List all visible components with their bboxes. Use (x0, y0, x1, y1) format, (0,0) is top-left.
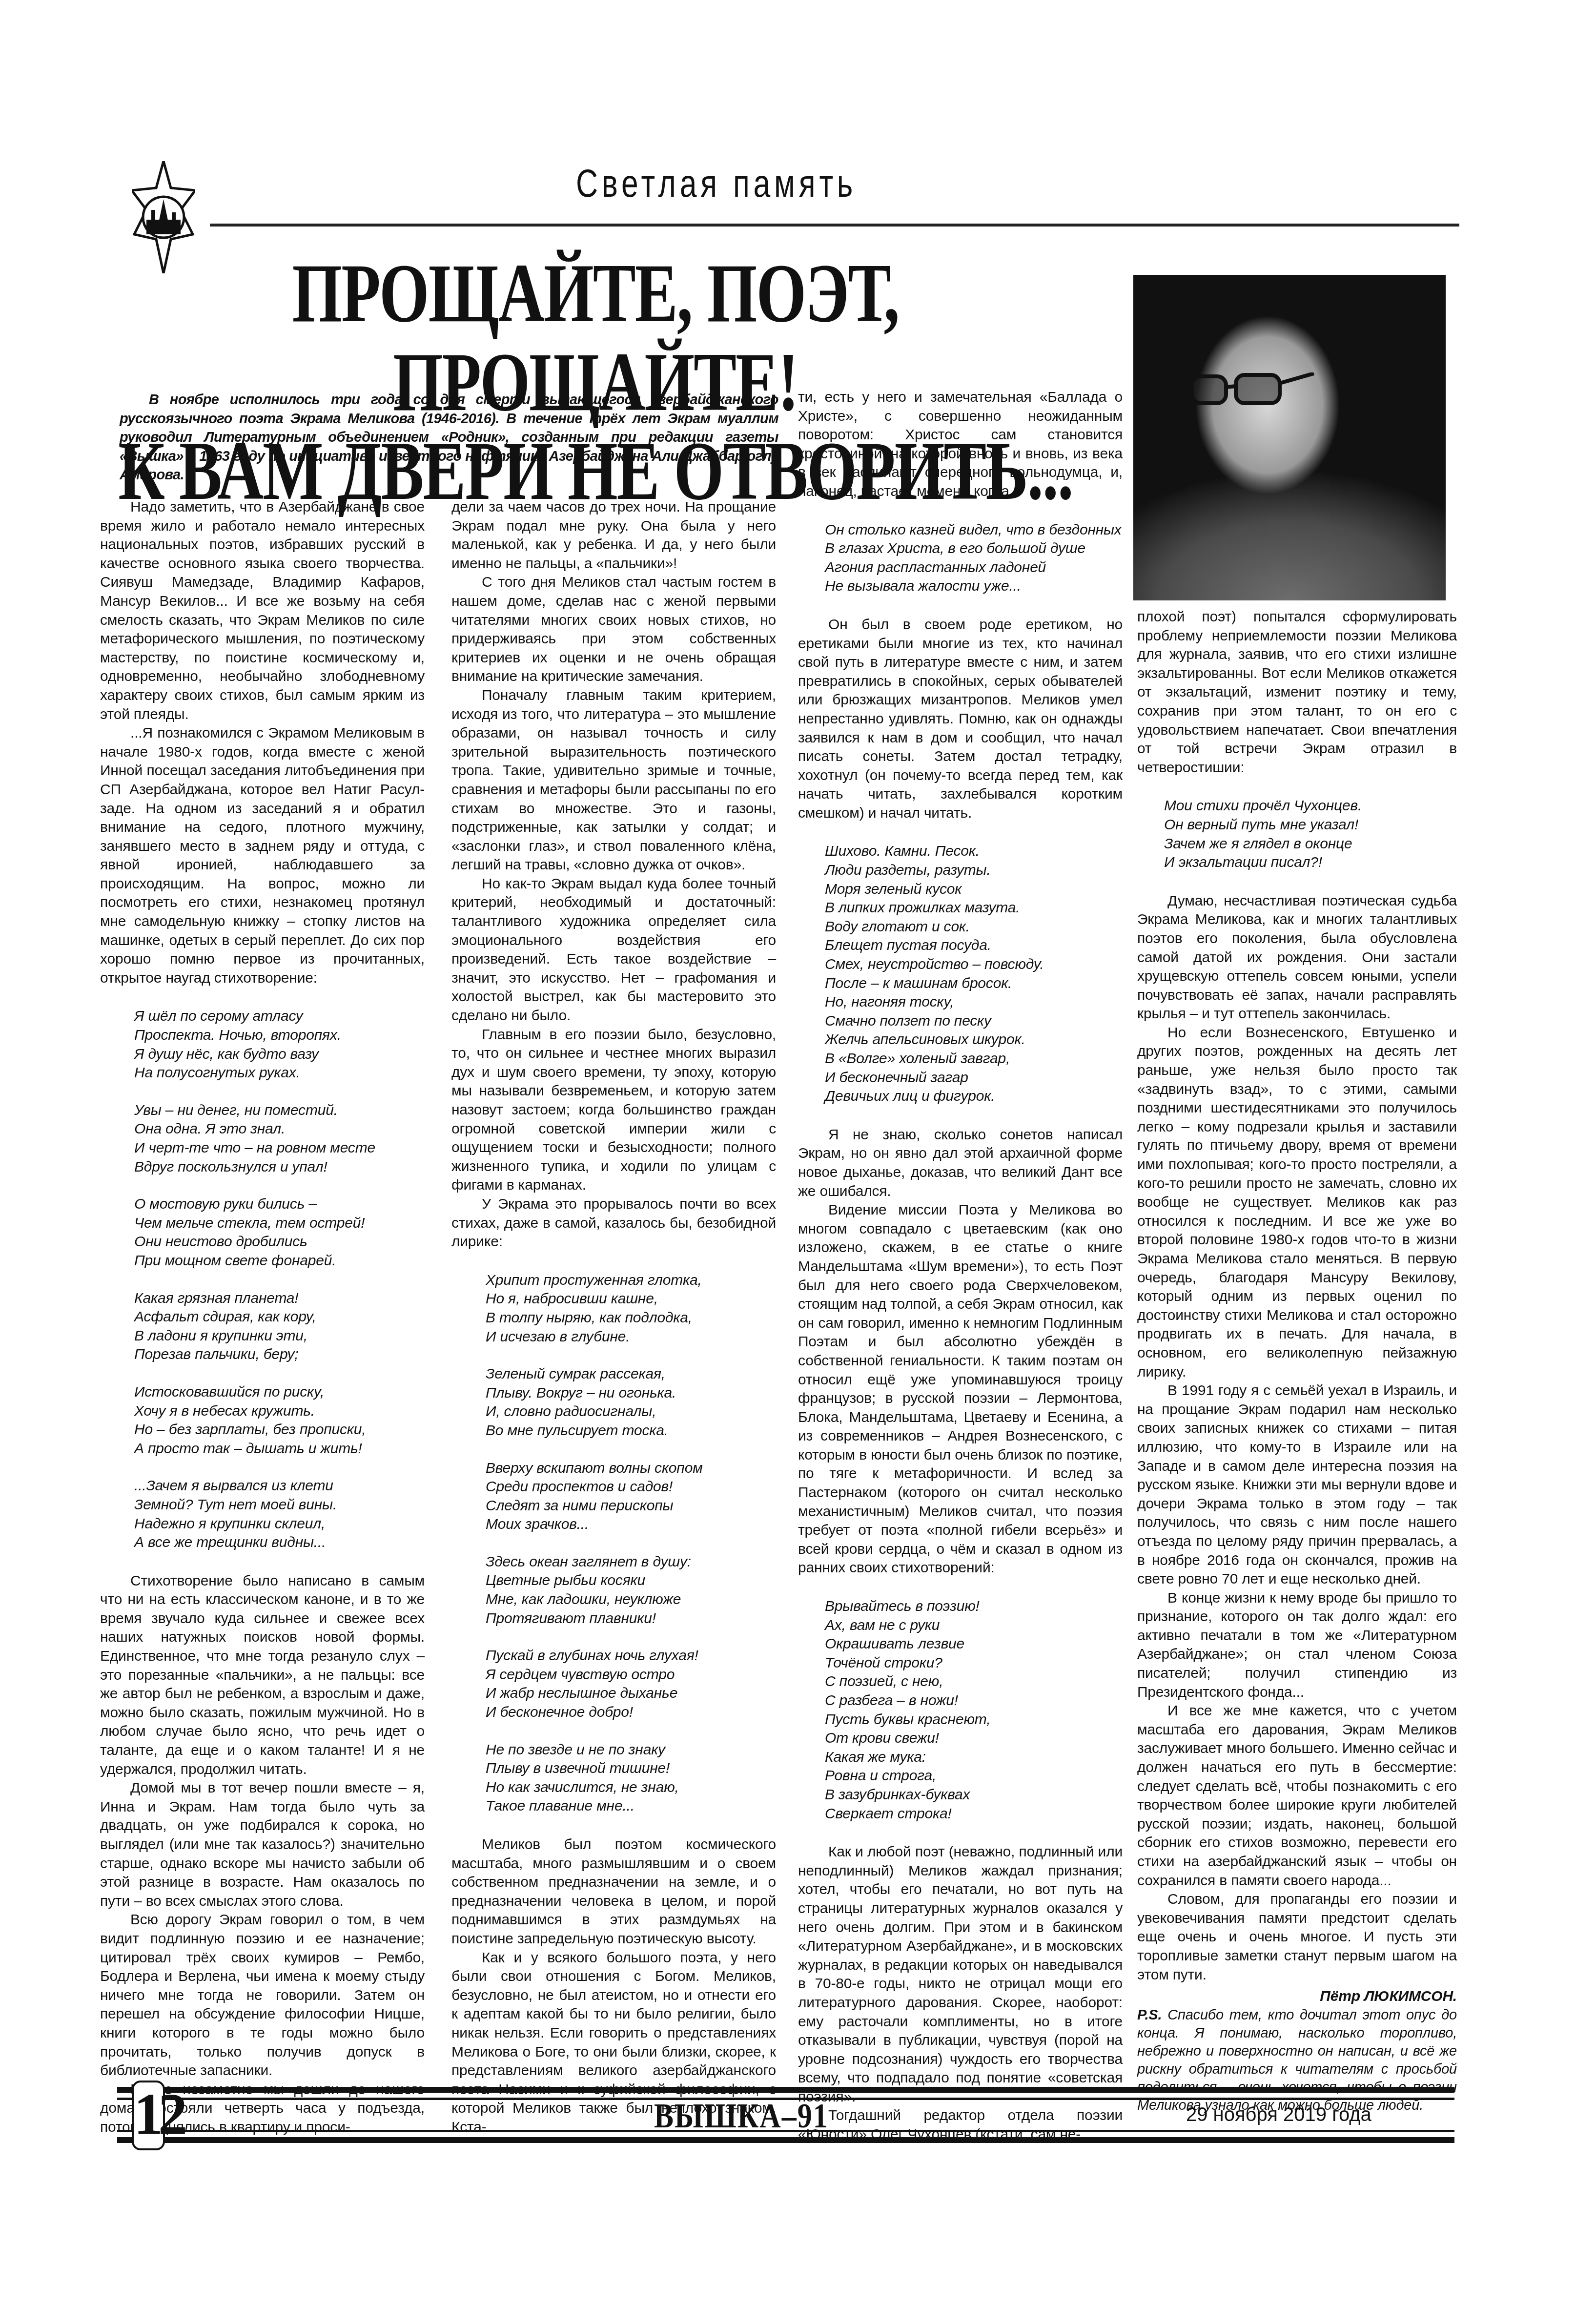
paragraph: С того дня Меликов стал частым гостем в … (451, 573, 776, 686)
article-lede: В ноябре исполнилось три года со дня сме… (120, 391, 778, 485)
poem: Врывайтесь в поэзию!Ах, вам не с рукиОкр… (825, 1597, 1123, 1823)
newspaper-name: ВЫШКА–91 (654, 2096, 829, 2136)
paragraph: Домой мы в тот вечер пошли вместе – я, И… (100, 1779, 425, 1911)
paragraph: Он был в своем роде еретиком, но еретика… (798, 616, 1123, 823)
poem-stanza: Хрипит простуженная глотка,Но я, наброси… (486, 1271, 776, 1346)
paragraph: ...Я познакомился с Экрамом Меликовым в … (100, 724, 425, 988)
paragraph: Надо заметить, что в Азербайджане в свое… (100, 498, 425, 724)
poem-stanza: Мои стихи прочёл Чухонцев.Он верный путь… (1164, 797, 1457, 872)
paragraph: В 1991 году я с семьёй уехал в Израиль, … (1137, 1381, 1457, 1589)
paragraph: И все же мне кажется, что с учетом масшт… (1137, 1702, 1457, 1890)
header-rule (210, 224, 1459, 227)
poem-stanza: Увы – ни денег, ни поместий.Она одна. Я … (134, 1101, 425, 1176)
poet-photo (1133, 275, 1446, 600)
glasses-shape (1189, 372, 1316, 407)
paragraph: Видение миссии Поэта у Меликова во много… (798, 1201, 1123, 1578)
section-title: Светлая память (576, 161, 857, 206)
poem-stanza: Зеленый сумрак рассекая,Плыву. Вокруг – … (486, 1365, 776, 1440)
poem-stanza: Шихово. Камни. Песок.Люди раздеты, разут… (825, 842, 1123, 1106)
poem: Мои стихи прочёл Чухонцев.Он верный путь… (1164, 797, 1457, 872)
poem-stanza: Пускай в глубинах ночь глухая!Я сердцем … (486, 1647, 776, 1722)
issue-date: 29 ноября 2019 года (1186, 2104, 1371, 2126)
poem-stanza: ...Зачем я вырвался из клетиЗемной? Тут … (134, 1477, 425, 1552)
paragraph: дели за чаем часов до трех ночи. На прощ… (451, 498, 776, 573)
page-number: 12 (132, 2081, 165, 2150)
poem-stanza: Вверху вскипают волны скопомСреди проспе… (486, 1459, 776, 1534)
poem-stanza: Я шёл по серому атласуПроспекта. Ночью, … (134, 1007, 425, 1082)
paragraph: Я не знаю, сколько сонетов написал Экрам… (798, 1126, 1123, 1201)
paragraph: У Экрама это прорывалось почти во всех с… (451, 1195, 776, 1252)
paragraph: В конце жизни к нему вроде бы пришло то … (1137, 1589, 1457, 1702)
column-4: плохой поэт) попытался сформулировать пр… (1137, 608, 1457, 2115)
paragraph: Словом, для пропаганды его поэзии и увек… (1137, 1890, 1457, 1984)
paragraph: ти, есть у него и замечательная «Баллада… (798, 388, 1123, 501)
paragraph: Но если Вознесенского, Евтушенко и други… (1137, 1024, 1457, 1381)
poem-stanza: Здесь океан заглянет в душу:Цветные рыбь… (486, 1553, 776, 1628)
poem-stanza: Какая грязная планета!Асфальт сдирая, ка… (134, 1289, 425, 1364)
paragraph: Но как-то Экрам выдал куда более точный … (451, 875, 776, 1026)
paragraph: Всю дорогу Экрам говорил о том, в чем ви… (100, 1911, 425, 2080)
paragraph: Думаю, несчастливая поэтическая судьба Э… (1137, 892, 1457, 1024)
poem: Он столько казней видел, что в бездонных… (825, 521, 1123, 596)
column-2: дели за чаем часов до трех ночи. На прощ… (451, 498, 776, 2137)
poem-stanza: Истосковавшийся по риску,Хочу я в небеса… (134, 1383, 425, 1458)
paragraph: Стихотворение было написано в самым что … (100, 1572, 425, 1779)
poem-stanza: Он столько казней видел, что в бездонных… (825, 521, 1123, 596)
column-3: ти, есть у него и замечательная «Баллада… (798, 388, 1123, 2144)
poem: Я шёл по серому атласуПроспекта. Ночью, … (134, 1007, 425, 1552)
poem-stanza: О мостовую руки бились –Чем мельче стекл… (134, 1195, 425, 1270)
sonnet: Шихово. Камни. Песок.Люди раздеты, разут… (825, 842, 1123, 1106)
ps-label: P.S. (1137, 2007, 1162, 2023)
paragraph: Главным в его поэзии было, безусловно, т… (451, 1026, 776, 1195)
author-signature: Пётр ЛЮКИМСОН. (1137, 1987, 1457, 2006)
poem-stanza: Врывайтесь в поэзию!Ах, вам не с рукиОкр… (825, 1597, 1123, 1823)
paragraph: Меликов был поэтом космического масштаба… (451, 1835, 776, 1949)
poem: Хрипит простуженная глотка,Но я, наброси… (486, 1271, 776, 1816)
column-1: Надо заметить, что в Азербайджане в свое… (100, 498, 425, 2137)
paragraph: Как и любой поэт (неважно, подлинный или… (798, 1843, 1123, 2106)
paragraph: Поначалу главным таким критерием, исходя… (451, 686, 776, 875)
paragraph: плохой поэт) попытался сформулировать пр… (1137, 608, 1457, 777)
poem-stanza: Не по звезде и не по знакуПлыву в извечн… (486, 1741, 776, 1816)
